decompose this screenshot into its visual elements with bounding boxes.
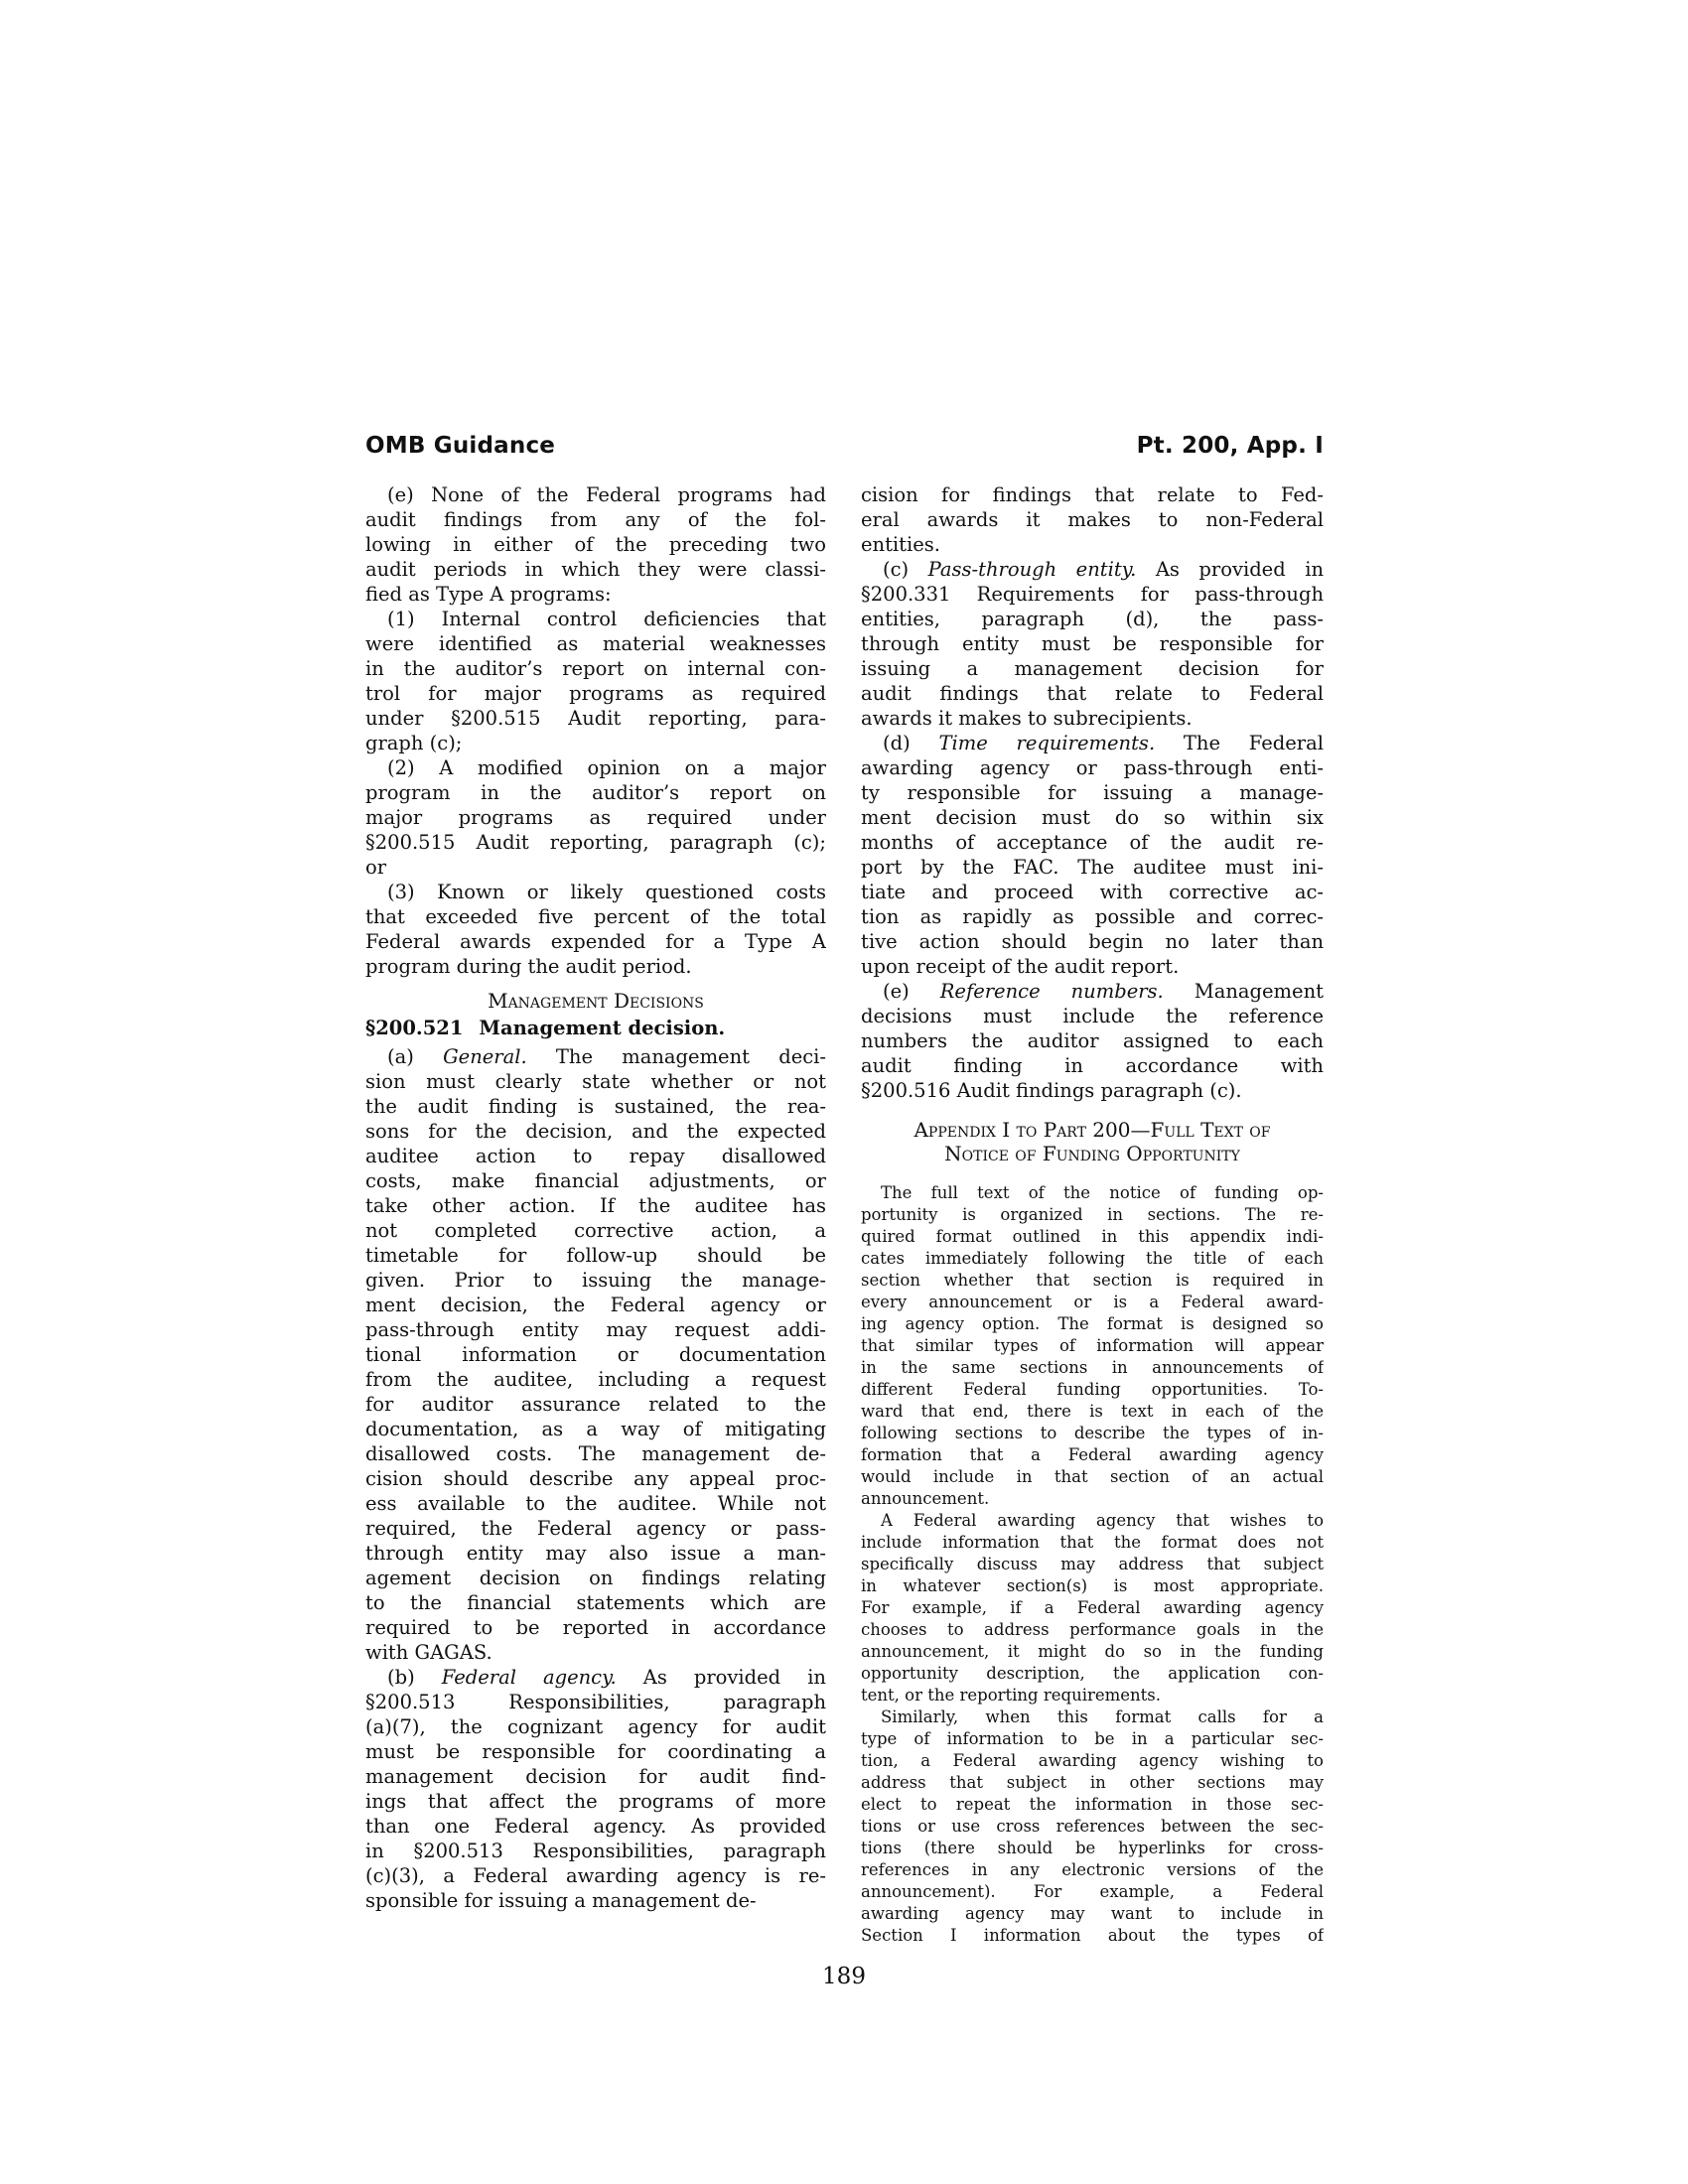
text-line: section whether that section is required… (861, 1270, 1324, 1292)
text-line: quired format outlined in this appendix … (861, 1226, 1324, 1248)
text-line: A Federal awarding agency that wishes to (861, 1510, 1324, 1532)
text-line: audit finding in accordance with (861, 1053, 1324, 1078)
text-line: ings that affect the programs of more (365, 1789, 826, 1814)
text-line: For example, if a Federal awarding agenc… (861, 1597, 1324, 1619)
text-line: months of acceptance of the audit re- (861, 830, 1324, 855)
text-line: with GAGAS. (365, 1640, 826, 1665)
text-line: (2) A modified opinion on a major (365, 755, 826, 780)
text-line: announcement. (861, 1488, 1324, 1510)
paragraph-heading-italic: Federal agency. (442, 1666, 643, 1689)
text-line: not completed corrective action, a (365, 1218, 826, 1243)
text-line: announcement, it might do so in the fund… (861, 1641, 1324, 1663)
text-line: under §200.515 Audit reporting, para- (365, 706, 826, 731)
paragraph-label: (c) (883, 558, 928, 581)
text-line: entities, paragraph (d), the pass- (861, 607, 1324, 631)
text-line: through entity must be responsible for (861, 631, 1324, 656)
text-line: than one Federal agency. As provided (365, 1814, 826, 1839)
text-line: following sections to describe the types… (861, 1423, 1324, 1444)
text-line: would include in that section of an actu… (861, 1466, 1324, 1488)
text-line: eral awards it makes to non-Federal (861, 507, 1324, 532)
text-line: ty responsible for issuing a manage- (861, 780, 1324, 805)
paragraph-heading-italic: General. (443, 1045, 556, 1068)
appendix-heading-line-2: Notice of Funding Opportunity (861, 1142, 1324, 1165)
paragraph-b: (b) Federal agency. As provided in§200.5… (365, 1665, 826, 1913)
text-line: in the auditor’s report on internal con- (365, 656, 826, 681)
paragraph-heading-italic: Time requirements. (938, 732, 1183, 754)
appendix-paragraph-2: A Federal awarding agency that wishes to… (861, 1510, 1324, 1706)
lead-line-text: The Federal (1184, 732, 1324, 754)
paragraph-label: (b) (387, 1666, 442, 1689)
text-line: must be responsible for coordinating a (365, 1739, 826, 1764)
text-line: (c)(3), a Federal awarding agency is re- (365, 1863, 826, 1888)
lead-line-text: As provided in (643, 1666, 826, 1689)
text-line: to the financial statements which are (365, 1590, 826, 1615)
text-line: different Federal funding opportunities.… (861, 1379, 1324, 1401)
text-line: tion, a Federal awarding agency wishing … (861, 1750, 1324, 1772)
text-line: audit findings from any of the fol- (365, 507, 826, 532)
lead-line-text: Management (1195, 980, 1324, 1003)
appendix-paragraph-3: Similarly, when this format calls for at… (861, 1706, 1324, 1947)
text-line: pass-through entity may request addi- (365, 1317, 826, 1342)
text-line: tions (there should be hyperlinks for cr… (861, 1838, 1324, 1859)
text-line: port by the FAC. The auditee must ini- (861, 855, 1324, 880)
spacer (861, 1103, 1324, 1118)
text-line: cision should describe any appeal proc- (365, 1466, 826, 1491)
text-line: auditee action to repay disallowed (365, 1144, 826, 1168)
continuation-paragraph: cision for findings that relate to Fed-e… (861, 482, 1324, 557)
text-line: awards it makes to subrecipients. (861, 706, 1324, 731)
text-line: for auditor assurance related to the (365, 1392, 826, 1417)
text-line: every announcement or is a Federal award… (861, 1292, 1324, 1313)
paragraph-heading-italic: Reference numbers. (940, 980, 1195, 1003)
text-line: upon receipt of the audit report. (861, 954, 1324, 979)
section-title: Management decision. (479, 1017, 725, 1039)
text-line: fied as Type A programs: (365, 582, 826, 607)
text-line: type of information to be in a particula… (861, 1728, 1324, 1750)
text-line: the audit finding is sustained, the rea- (365, 1094, 826, 1119)
lead-line: (b) Federal agency. As provided in (365, 1665, 826, 1690)
text-line: costs, make financial adjustments, or (365, 1168, 826, 1193)
text-line: management decision for audit find- (365, 1764, 826, 1789)
text-line: formation that a Federal awarding agency (861, 1444, 1324, 1466)
text-line: §200.331 Requirements for pass-through (861, 582, 1324, 607)
text-line: tent, or the reporting requirements. (861, 1685, 1324, 1706)
text-line: timetable for follow-up should be (365, 1243, 826, 1268)
text-line: (3) Known or likely questioned costs (365, 880, 826, 904)
paragraph-label: (e) (883, 980, 940, 1003)
text-line: were identified as material weaknesses (365, 631, 826, 656)
text-line: announcement). For example, a Federal (861, 1881, 1324, 1903)
lead-line-text: The management deci- (556, 1045, 826, 1068)
left-column: (e) None of the Federal programs hadaudi… (365, 482, 826, 1913)
page-number: 189 (0, 1964, 1688, 1989)
text-line: decisions must include the reference (861, 1004, 1324, 1028)
appendix-paragraph-1: The full text of the notice of funding o… (861, 1182, 1324, 1510)
text-line: sons for the decision, and the expected (365, 1119, 826, 1144)
paragraph-a: (a) General. The management deci-sion mu… (365, 1044, 826, 1665)
text-line: disallowed costs. The management de- (365, 1441, 826, 1466)
paragraph-label: (d) (883, 732, 938, 754)
text-line: cates immediately following the title of… (861, 1248, 1324, 1270)
section-heading: §200.521Management decision. (365, 1012, 826, 1044)
running-head-left: OMB Guidance (365, 433, 555, 459)
paragraph-3: (3) Known or likely questioned coststhat… (365, 880, 826, 979)
text-line: awarding agency or pass-through enti- (861, 755, 1324, 780)
text-line: or (365, 855, 826, 880)
lead-line: (e) Reference numbers. Management (861, 979, 1324, 1004)
text-line: entities. (861, 532, 1324, 557)
subpart-heading: Management Decisions (365, 979, 826, 1012)
text-line: (1) Internal control deficiencies that (365, 607, 826, 631)
text-line: awarding agency may want to include in (861, 1903, 1324, 1925)
text-line: tiate and proceed with corrective ac- (861, 880, 1324, 904)
text-line: chooses to address performance goals in … (861, 1619, 1324, 1641)
paragraph-2: (2) A modified opinion on a majorprogram… (365, 755, 826, 880)
lead-line: (d) Time requirements. The Federal (861, 731, 1324, 755)
text-line: §200.515 Audit reporting, paragraph (c); (365, 830, 826, 855)
paragraph-e-reference-numbers: (e) Reference numbers. Managementdecisio… (861, 979, 1324, 1103)
text-line: The full text of the notice of funding o… (861, 1182, 1324, 1204)
text-line: address that subject in other sections m… (861, 1772, 1324, 1794)
text-line: Similarly, when this format calls for a (861, 1706, 1324, 1728)
text-line: (a)(7), the cognizant agency for audit (365, 1714, 826, 1739)
text-line: portunity is organized in sections. The … (861, 1204, 1324, 1226)
running-head-right: Pt. 200, App. I (1137, 433, 1324, 459)
spacer (861, 1165, 1324, 1182)
text-line: take other action. If the auditee has (365, 1193, 826, 1218)
text-line: major programs as required under (365, 805, 826, 830)
text-line: (e) None of the Federal programs had (365, 482, 826, 507)
text-line: include information that the format does… (861, 1532, 1324, 1554)
text-line: ment decision must do so within six (861, 805, 1324, 830)
lead-line: (a) General. The management deci- (365, 1044, 826, 1069)
text-line: given. Prior to issuing the manage- (365, 1268, 826, 1293)
text-line: required, the Federal agency or pass- (365, 1516, 826, 1541)
text-line: audit findings that relate to Federal (861, 681, 1324, 706)
text-line: from the auditee, including a request (365, 1367, 826, 1392)
paragraph-heading-italic: Pass-through entity. (928, 558, 1156, 581)
text-line: tions or use cross references between th… (861, 1816, 1324, 1838)
text-line: through entity may also issue a man- (365, 1541, 826, 1566)
paragraph-e: (e) None of the Federal programs hadaudi… (365, 482, 826, 607)
appendix-heading-line-1: Appendix I to Part 200—Full Text of (861, 1118, 1324, 1142)
text-line: §200.513 Responsibilities, paragraph (365, 1690, 826, 1714)
text-line: audit periods in which they were classi- (365, 557, 826, 582)
text-line: agement decision on findings relating (365, 1566, 826, 1590)
right-column: cision for findings that relate to Fed-e… (861, 482, 1324, 1947)
text-line: elect to repeat the information in those… (861, 1794, 1324, 1816)
text-line: sion must clearly state whether or not (365, 1069, 826, 1094)
appendix-heading: Appendix I to Part 200—Full Text of Noti… (861, 1118, 1324, 1165)
appendix-text: The full text of the notice of funding o… (861, 1182, 1324, 1947)
text-line: tional information or documentation (365, 1342, 826, 1367)
paragraph-1: (1) Internal control deficiencies thatwe… (365, 607, 826, 755)
text-line: §200.516 Audit findings paragraph (c). (861, 1078, 1324, 1103)
text-line: program during the audit period. (365, 954, 826, 979)
paragraph-label: (a) (387, 1045, 443, 1068)
text-line: sponsible for issuing a management de- (365, 1888, 826, 1913)
text-line: specifically discuss may address that su… (861, 1554, 1324, 1575)
section-number: §200.521 (365, 1017, 463, 1039)
text-line: graph (c); (365, 731, 826, 755)
text-line: Federal awards expended for a Type A (365, 929, 826, 954)
text-line: ment decision, the Federal agency or (365, 1293, 826, 1317)
text-line: ward that end, there is text in each of … (861, 1401, 1324, 1423)
text-line: program in the auditor’s report on (365, 780, 826, 805)
text-line: tion as rapidly as possible and correc- (861, 904, 1324, 929)
lead-line-text: As provided in (1156, 558, 1324, 581)
text-line: Section I information about the types of (861, 1925, 1324, 1947)
text-line: trol for major programs as required (365, 681, 826, 706)
text-line: required to be reported in accordance (365, 1615, 826, 1640)
text-line: that exceeded five percent of the total (365, 904, 826, 929)
text-line: in the same sections in announcements of (861, 1357, 1324, 1379)
lead-line: (c) Pass-through entity. As provided in (861, 557, 1324, 582)
text-line: lowing in either of the preceding two (365, 532, 826, 557)
text-line: in whatever section(s) is most appropria… (861, 1575, 1324, 1597)
text-line: documentation, as a way of mitigating (365, 1417, 826, 1441)
text-line: numbers the auditor assigned to each (861, 1028, 1324, 1053)
text-line: cision for findings that relate to Fed- (861, 482, 1324, 507)
text-line: references in any electronic versions of… (861, 1859, 1324, 1881)
paragraph-d: (d) Time requirements. The Federalawardi… (861, 731, 1324, 979)
paragraph-c: (c) Pass-through entity. As provided in§… (861, 557, 1324, 731)
text-line: ing agency option. The format is designe… (861, 1313, 1324, 1335)
text-line: in §200.513 Responsibilities, paragraph (365, 1839, 826, 1863)
text-line: ess available to the auditee. While not (365, 1491, 826, 1516)
text-line: opportunity description, the application… (861, 1663, 1324, 1685)
text-line: issuing a management decision for (861, 656, 1324, 681)
text-line: tive action should begin no later than (861, 929, 1324, 954)
text-line: that similar types of information will a… (861, 1335, 1324, 1357)
